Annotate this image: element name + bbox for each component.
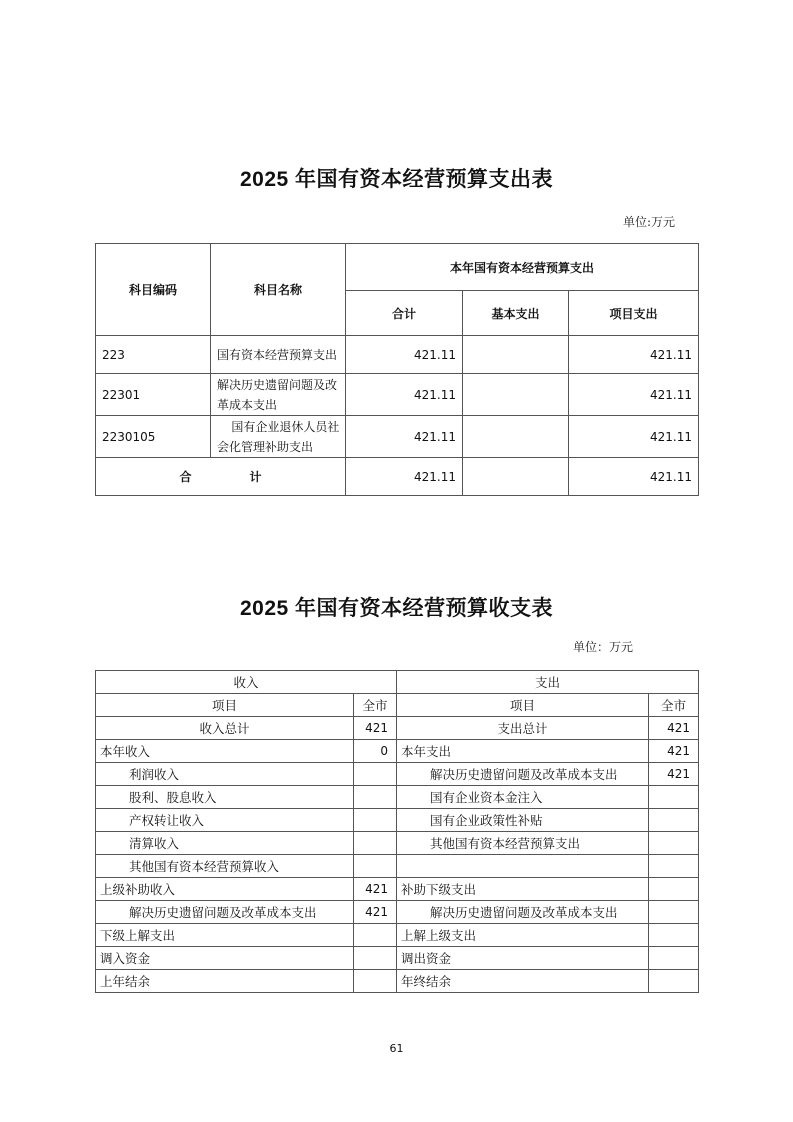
expense-value	[649, 924, 699, 947]
header-expense-item: 项目	[397, 694, 649, 717]
expense-value	[649, 970, 699, 993]
table1-unit: 单位:万元	[623, 213, 675, 230]
income-value	[354, 763, 397, 786]
table-row: 本年收入 0 本年支出 421	[96, 740, 699, 763]
income-label: 上年结余	[96, 970, 354, 993]
header-expense-city: 全市	[649, 694, 699, 717]
header-basic: 基本支出	[463, 291, 569, 336]
income-label: 调入资金	[96, 947, 354, 970]
income-label: 清算收入	[96, 832, 354, 855]
sum-label-a: 合	[151, 468, 221, 485]
expense-label: 解决历史遗留问题及改革成本支出	[397, 901, 649, 924]
table2-unit: 单位：万元	[573, 638, 633, 655]
income-value: 421	[354, 717, 397, 740]
expense-value	[649, 901, 699, 924]
row-project: 421.11	[569, 416, 699, 458]
income-label: 产权转让收入	[96, 809, 354, 832]
income-value	[354, 786, 397, 809]
table2-title: 2025 年国有资本经营预算收支表	[0, 592, 793, 622]
sum-row: 合计 421.11 421.11	[96, 458, 699, 496]
income-value	[354, 855, 397, 878]
expense-label: 支出总计	[397, 717, 649, 740]
income-label: 其他国有资本经营预算收入	[96, 855, 354, 878]
header-name: 科目名称	[211, 244, 346, 336]
expense-value	[649, 878, 699, 901]
table-row: 其他国有资本经营预算收入	[96, 855, 699, 878]
table-row: 股利、股息收入 国有企业资本金注入	[96, 786, 699, 809]
expense-value	[649, 947, 699, 970]
income-label: 解决历史遗留问题及改革成本支出	[96, 901, 354, 924]
header-total: 合计	[346, 291, 463, 336]
expense-label: 国有企业资本金注入	[397, 786, 649, 809]
header-group: 本年国有资本经营预算支出	[346, 244, 699, 291]
income-label: 股利、股息收入	[96, 786, 354, 809]
expense-value	[649, 832, 699, 855]
table-row: 收入总计 421 支出总计 421	[96, 717, 699, 740]
table-row: 上级补助收入 421 补助下级支出	[96, 878, 699, 901]
expense-label: 上解上级支出	[397, 924, 649, 947]
income-label: 本年收入	[96, 740, 354, 763]
table1-title: 2025 年国有资本经营预算支出表	[0, 163, 793, 193]
table-row: 223 国有资本经营预算支出 421.11 421.11	[96, 336, 699, 374]
header-project: 项目支出	[569, 291, 699, 336]
expense-label: 其他国有资本经营预算支出	[397, 832, 649, 855]
income-value: 421	[354, 878, 397, 901]
header-expense: 支出	[397, 671, 699, 694]
table-row: 上年结余 年终结余	[96, 970, 699, 993]
expense-value: 421	[649, 740, 699, 763]
header-income-city: 全市	[354, 694, 397, 717]
page-number: 61	[0, 1042, 793, 1055]
sum-label-b: 计	[221, 468, 291, 485]
row-basic	[463, 374, 569, 416]
sum-label: 合计	[96, 458, 346, 496]
row-code: 223	[96, 336, 211, 374]
table-row: 22301 解决历史遗留问题及改革成本支出 421.11 421.11	[96, 374, 699, 416]
income-value: 0	[354, 740, 397, 763]
income-value	[354, 924, 397, 947]
income-value	[354, 832, 397, 855]
expense-label: 补助下级支出	[397, 878, 649, 901]
income-value	[354, 947, 397, 970]
income-value: 421	[354, 901, 397, 924]
table-row: 调入资金 调出资金	[96, 947, 699, 970]
expense-value: 421	[649, 763, 699, 786]
budget-expenditure-table: 科目编码 科目名称 本年国有资本经营预算支出 合计 基本支出 项目支出 223 …	[95, 243, 699, 496]
expense-value	[649, 855, 699, 878]
header-income: 收入	[96, 671, 397, 694]
table-row: 解决历史遗留问题及改革成本支出 421 解决历史遗留问题及改革成本支出	[96, 901, 699, 924]
expense-label	[397, 855, 649, 878]
row-code: 22301	[96, 374, 211, 416]
expense-value: 421	[649, 717, 699, 740]
row-total: 421.11	[346, 374, 463, 416]
expense-value	[649, 786, 699, 809]
row-name: 国有企业退休人员社会化管理补助支出	[211, 416, 346, 458]
row-project: 421.11	[569, 374, 699, 416]
header-code: 科目编码	[96, 244, 211, 336]
income-value	[354, 809, 397, 832]
expense-label: 年终结余	[397, 970, 649, 993]
row-total: 421.11	[346, 416, 463, 458]
expense-value	[649, 809, 699, 832]
income-label: 收入总计	[96, 717, 354, 740]
row-basic	[463, 416, 569, 458]
row-project: 421.11	[569, 336, 699, 374]
table-row: 2230105 国有企业退休人员社会化管理补助支出 421.11 421.11	[96, 416, 699, 458]
income-label: 上级补助收入	[96, 878, 354, 901]
income-value	[354, 970, 397, 993]
sum-total: 421.11	[346, 458, 463, 496]
row-code: 2230105	[96, 416, 211, 458]
table-row: 利润收入 解决历史遗留问题及改革成本支出 421	[96, 763, 699, 786]
row-name: 解决历史遗留问题及改革成本支出	[211, 374, 346, 416]
expense-label: 本年支出	[397, 740, 649, 763]
row-basic	[463, 336, 569, 374]
budget-income-expense-table: 收入 支出 项目 全市 项目 全市 收入总计 421 支出总计 421 本年收入…	[95, 670, 699, 993]
expense-label: 国有企业政策性补贴	[397, 809, 649, 832]
income-label: 下级上解支出	[96, 924, 354, 947]
header-income-item: 项目	[96, 694, 354, 717]
table-row: 产权转让收入 国有企业政策性补贴	[96, 809, 699, 832]
table-row: 下级上解支出 上解上级支出	[96, 924, 699, 947]
expense-label: 解决历史遗留问题及改革成本支出	[397, 763, 649, 786]
sum-project: 421.11	[569, 458, 699, 496]
income-label: 利润收入	[96, 763, 354, 786]
sum-basic	[463, 458, 569, 496]
table-row: 清算收入 其他国有资本经营预算支出	[96, 832, 699, 855]
row-name: 国有资本经营预算支出	[211, 336, 346, 374]
expense-label: 调出资金	[397, 947, 649, 970]
row-total: 421.11	[346, 336, 463, 374]
